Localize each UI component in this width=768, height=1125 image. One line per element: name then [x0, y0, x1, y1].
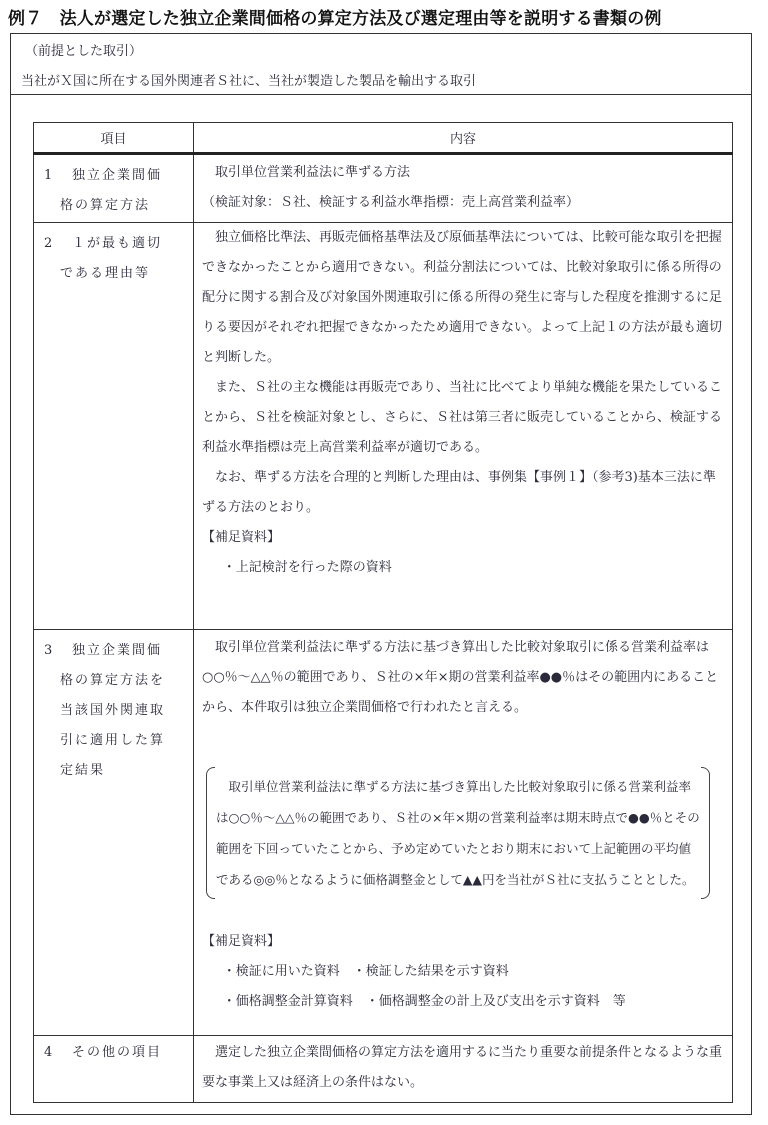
item-number: 1: [44, 161, 72, 191]
content-paragraph: （検証対象：Ｓ社、検証する利益水準指標：売上高営業利益率）: [202, 188, 724, 218]
item-number: 3: [44, 636, 72, 666]
item-label: 独立企業間価: [72, 643, 162, 658]
premise-section: （前提とした取引） 当社がＸ国に所在する国外関連者Ｓ社に、当社が製造した製品を輸…: [11, 34, 751, 95]
content-paragraph: また、Ｓ社の主な機能は再販売であり、当社に比べてより単純な機能を果たしていること…: [202, 373, 724, 463]
item-content-cell: 取引単位営業利益法に準ずる方法 （検証対象：Ｓ社、検証する利益水準指標：売上高営…: [194, 154, 733, 223]
supplement-item: ・検証に用いた資料 ・検証した結果を示す資料: [202, 957, 724, 987]
supplement-heading: 【補足資料】: [202, 927, 724, 957]
content-paragraph: 選定した独立企業間価格の算定方法を適用するに当たり重要な前提条件となるような重要…: [202, 1038, 724, 1098]
item-label: 独立企業間価: [72, 168, 162, 183]
item-label-cell: 4その他の項目: [34, 1036, 194, 1103]
item-content-cell: 独立価格比準法、再販売価格基準法及び原価基準法については、比較可能な取引を把握で…: [194, 223, 733, 630]
item-content-cell: 選定した独立企業間価格の算定方法を適用するに当たり重要な前提条件となるような重要…: [194, 1036, 733, 1103]
item-label-cell: 1独立企業間価 格の算定方法: [34, 154, 194, 223]
item-label-cell: 3独立企業間価 格の算定方法を 当該国外関連取 引に適用した算 定結果: [34, 630, 194, 1036]
item-label: その他の項目: [72, 1045, 162, 1060]
item-label: 定結果: [44, 756, 185, 786]
header-content: 内容: [194, 123, 733, 154]
item-number: 4: [44, 1038, 72, 1068]
item-label: １が最も適切: [72, 236, 162, 251]
content-paragraph: 独立価格比準法、再販売価格基準法及び原価基準法については、比較可能な取引を把握で…: [202, 223, 724, 373]
item-label: 当該国外関連取: [44, 696, 185, 726]
bracketed-note-text: 取引単位営業利益法に準ずる方法に基づき算出した比較対象取引に係る営業利益率は○○…: [216, 771, 700, 895]
content-paragraph: 取引単位営業利益法に準ずる方法: [202, 158, 724, 188]
page-title: 例７ 法人が選定した独立企業間価格の算定方法及び選定理由等を説明する書類の例: [8, 4, 662, 29]
item-number: 2: [44, 229, 72, 259]
supplement-item: ・価格調整金計算資料 ・価格調整金の計上及び支出を示す資料 等: [202, 987, 724, 1017]
content-paragraph: 取引単位営業利益法に準ずる方法に基づき算出した比較対象取引に係る営業利益率は○○…: [202, 633, 724, 723]
premise-heading: （前提とした取引）: [25, 40, 142, 59]
supplement-item: ・上記検討を行った際の資料: [202, 553, 724, 583]
premise-text: 当社がＸ国に所在する国外関連者Ｓ社に、当社が製造した製品を輸出する取引: [21, 70, 476, 89]
table-row: 3独立企業間価 格の算定方法を 当該国外関連取 引に適用した算 定結果 取引単位…: [34, 630, 733, 1036]
explanation-table: 項目 内容 1独立企業間価 格の算定方法 取引単位営業利益法に準ずる方法 （検証…: [33, 122, 733, 1103]
item-label: 格の算定方法: [44, 191, 185, 221]
content-paragraph: なお、準ずる方法を合理的と判断した理由は、事例集【事例１】（参考3)基本三法に準…: [202, 463, 724, 523]
bracketed-note: 取引単位営業利益法に準ずる方法に基づき算出した比較対象取引に係る営業利益率は○○…: [206, 767, 710, 899]
table-row: 1独立企業間価 格の算定方法 取引単位営業利益法に準ずる方法 （検証対象：Ｓ社、…: [34, 154, 733, 223]
item-label-cell: 2１が最も適切 である理由等: [34, 223, 194, 630]
table-row: 2１が最も適切 である理由等 独立価格比準法、再販売価格基準法及び原価基準法につ…: [34, 223, 733, 630]
supplement-heading: 【補足資料】: [202, 523, 724, 553]
table-row: 4その他の項目 選定した独立企業間価格の算定方法を適用するに当たり重要な前提条件…: [34, 1036, 733, 1103]
item-label: 格の算定方法を: [44, 666, 185, 696]
item-label: である理由等: [44, 259, 185, 289]
table-header-row: 項目 内容: [34, 123, 733, 154]
item-content-cell: 取引単位営業利益法に準ずる方法に基づき算出した比較対象取引に係る営業利益率は○○…: [194, 630, 733, 1036]
item-label: 引に適用した算: [44, 726, 185, 756]
header-item: 項目: [34, 123, 194, 154]
